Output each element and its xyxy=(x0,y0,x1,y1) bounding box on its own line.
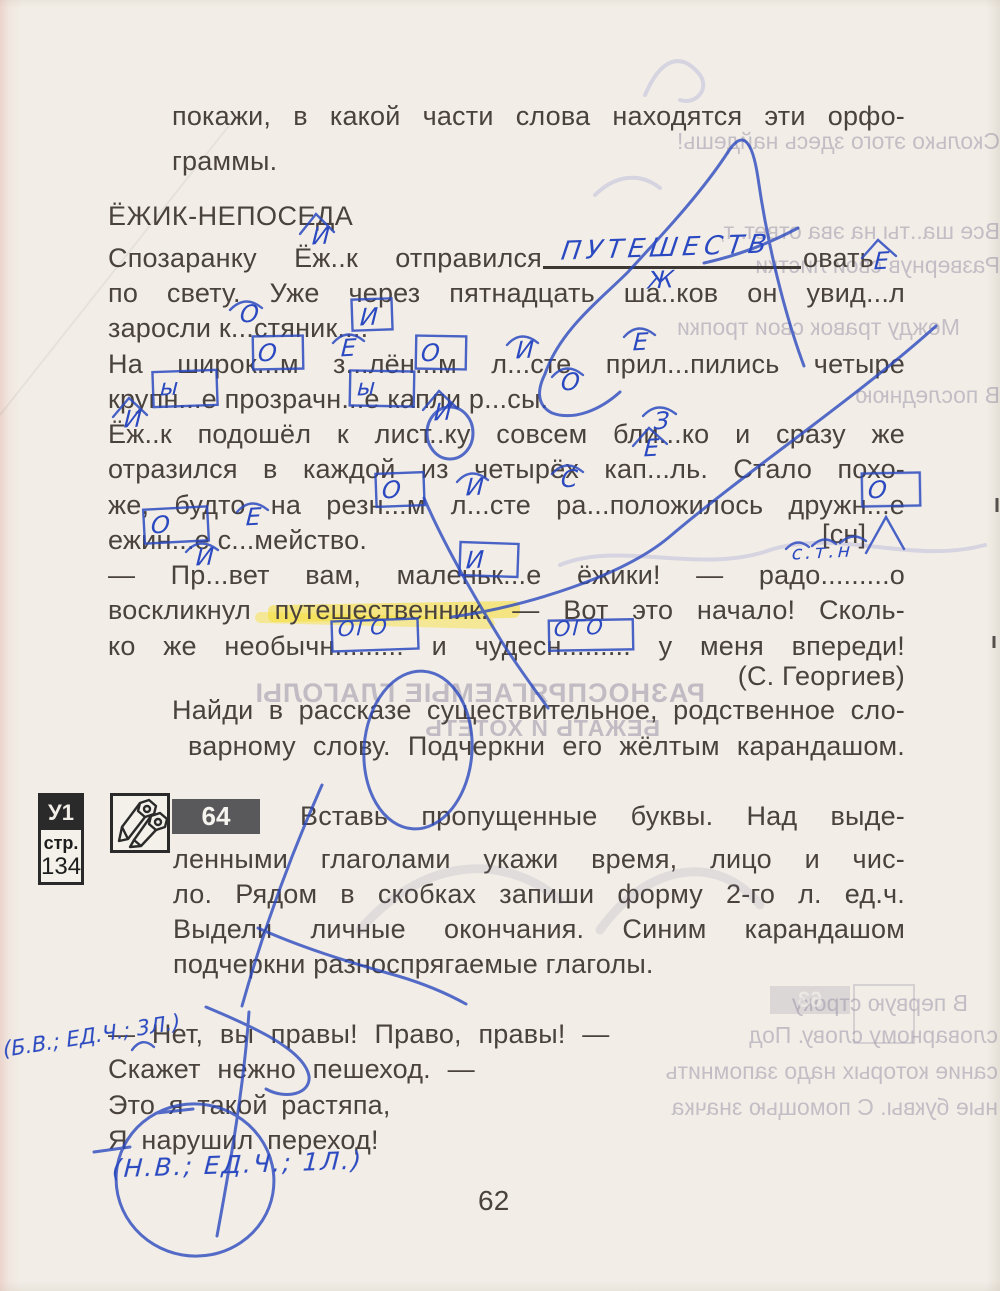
story-line: — Пр...вет вам, маленьк...е ёжики! — рад… xyxy=(108,559,905,592)
intro-line: покажи, в какой части слова находятся эт… xyxy=(172,100,905,133)
story-line: заросли к...стяник.... xyxy=(108,312,368,345)
page-label: стр. xyxy=(41,832,81,854)
bleedthrough-line: Между травок свои тропки xyxy=(612,314,960,341)
page-number: 62 xyxy=(478,1184,510,1217)
story-line: воскликнул путешественник. — Вот это нач… xyxy=(108,594,905,627)
intro-line: граммы. xyxy=(172,145,277,178)
handwritten-letter: И xyxy=(123,405,143,434)
textbook-reference-badge: У1 стр. 134 xyxy=(38,793,84,885)
handwritten-letter: ы xyxy=(356,375,376,402)
handwritten-letter: О xyxy=(257,339,277,368)
task-line: варному слову. Подчеркни его жёлтым кара… xyxy=(188,730,905,763)
handwritten-letter: З xyxy=(653,407,670,436)
handwritten-letter: И xyxy=(465,546,485,575)
exercise-line: ленными глаголами укажи время, лицо и чи… xyxy=(173,843,905,876)
bleedthrough-line: словарному слову. Под xyxy=(598,1022,998,1049)
handwritten-letter: О xyxy=(867,476,887,505)
story-author: (С. Георгиев) xyxy=(600,660,905,693)
handwritten-letter: О xyxy=(239,300,259,329)
exercise-line: Выдели личные окончания. Синим карандашо… xyxy=(173,913,905,946)
exercise-line: ло. Рядом в скобках запиши форму 2-го л.… xyxy=(173,878,905,911)
handwritten-letter: И xyxy=(433,398,453,427)
pencils-icon xyxy=(113,796,167,850)
story-line: Ёж..к подошёл к лист..ку совсем бли...ко… xyxy=(108,418,905,451)
story-line: отразился в каждой из четырёх кап...ль. … xyxy=(108,453,905,486)
story-line: ко же необычн......... и чудесн.........… xyxy=(108,630,905,663)
handwritten-ending: ОГО xyxy=(337,615,389,642)
bleedthrough-line: сание которых надо запомнить xyxy=(598,1058,998,1085)
handwritten-letter: ы xyxy=(159,375,179,402)
story-line: ежин...е с...мейство. xyxy=(108,524,367,557)
poem-line: Это я такой растяпа, xyxy=(108,1089,391,1122)
story-line: по свету. Уже через пятнадцать ша..ков о… xyxy=(108,277,905,310)
exercise-line: Вставь пропущенные буквы. Над выде- xyxy=(300,800,905,833)
pencils-icon-box xyxy=(110,793,170,853)
exercise-number-badge: 64 xyxy=(172,799,260,834)
handwritten-letter: Е xyxy=(632,328,649,357)
task-line: Найди в рассказе существительное, родств… xyxy=(172,694,905,727)
handwritten-letter: И xyxy=(465,473,485,502)
handwritten-letter: Ж xyxy=(647,265,674,294)
handwritten-letter: О xyxy=(381,476,401,505)
page-ref-number: 134 xyxy=(41,854,81,880)
bleedthrough-line: В последнюю xyxy=(818,382,1000,409)
handwritten-letter: О xyxy=(150,511,170,540)
handwritten-ending: ОГО xyxy=(553,615,605,642)
exercise-line: подчеркни разноспрягаемые глаголы. xyxy=(173,948,654,981)
poem-line: — Нет, вы правы! Право, правы! — xyxy=(108,1018,609,1051)
bleedthrough-line: ные буквы. С помощью значка xyxy=(598,1094,998,1121)
story-line: же, будто на резн...м л...сте ра...полож… xyxy=(108,489,905,522)
handwritten-letter: Е xyxy=(245,503,262,532)
handwritten-letter: И xyxy=(311,222,331,251)
handwritten-letter: И xyxy=(359,303,379,332)
handwritten-letter: Е xyxy=(340,334,357,363)
handwritten-letter: С xyxy=(560,465,578,494)
handwritten-letter: Е xyxy=(873,247,890,276)
textbook-code: У1 xyxy=(41,796,81,830)
poem-line: Скажет нежно пешеход. — xyxy=(108,1053,475,1086)
handwritten-letter: И xyxy=(195,543,215,572)
handwritten-letter: Е xyxy=(643,434,660,463)
handwritten-letter: О xyxy=(560,368,580,397)
story-line: На широк...м з...лён...м л...сте прил...… xyxy=(108,348,905,381)
handwritten-letters-stn: с.т.н xyxy=(791,539,853,564)
story-line: овать xyxy=(803,242,874,275)
bleedthrough-pencil-box xyxy=(853,984,915,1044)
handwritten-letter: О xyxy=(420,339,440,368)
handwritten-letter: И xyxy=(515,336,535,365)
bleedthrough-exercise-badge: 63 xyxy=(770,986,850,1014)
